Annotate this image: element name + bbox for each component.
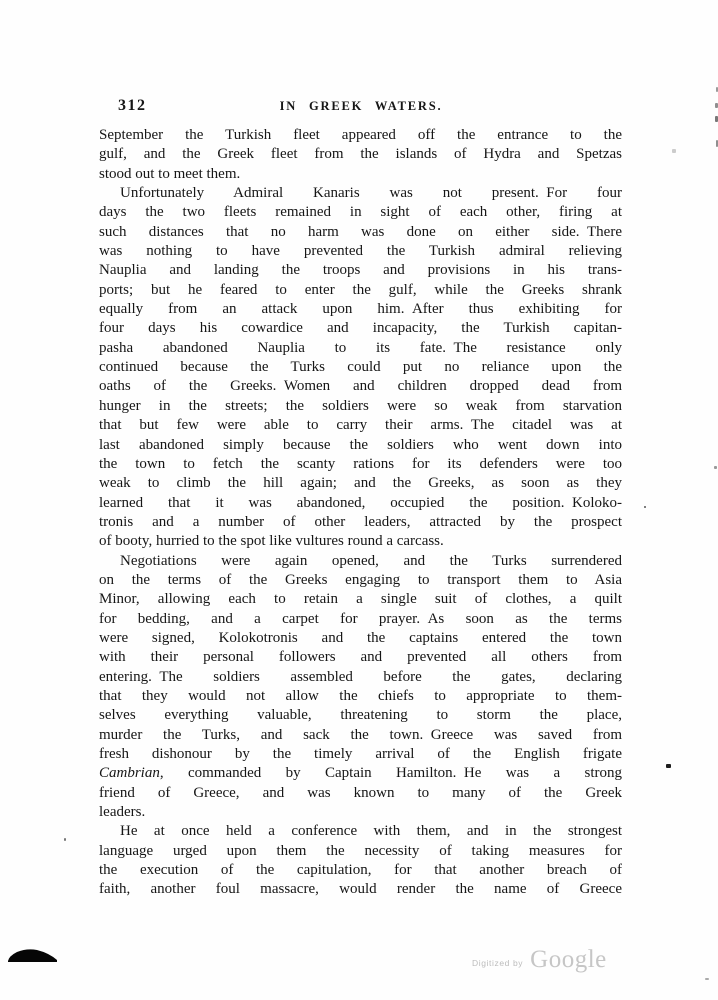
text-line: four days his cowardice and incapacity, … <box>99 319 622 338</box>
text-line: Negotiations were again opened, and the … <box>99 552 622 571</box>
scan-speck <box>644 506 646 508</box>
ship-name-italic: Cambrian <box>99 765 160 781</box>
text-line: tronis and a number of other leaders, at… <box>99 513 622 532</box>
text-line: last abandoned simply because the soldie… <box>99 436 622 455</box>
text-line: equally from an attack upon him. After t… <box>99 300 622 319</box>
paragraph: September the Turkish fleet appeared off… <box>99 126 622 184</box>
text-line: language urged upon them the necessity o… <box>99 842 622 861</box>
text-line: that they would not allow the chiefs to … <box>99 687 622 706</box>
text-line: pasha abandoned Nauplia to its fate. The… <box>99 339 622 358</box>
watermark-prefix: Digitized by <box>472 952 523 968</box>
paragraph: He at once held a conference with them, … <box>99 822 622 899</box>
text-line: entering. The soldiers assembled before … <box>99 668 622 687</box>
scan-speck <box>64 838 66 841</box>
text-line: fresh dishonour by the timely arrival of… <box>99 745 622 764</box>
text-line: were signed, Kolokotronis and the captai… <box>99 629 622 648</box>
text-line: learned that it was abandoned, occupied … <box>99 494 622 513</box>
google-logo: Google <box>530 946 607 974</box>
text-segment: , commanded by Captain Hamilton. He was … <box>160 765 622 781</box>
text-line: selves everything valuable, threatening … <box>99 706 622 725</box>
text-line: the execution of the capitulation, for t… <box>99 861 622 880</box>
text-line: faith, another foul massacre, would rend… <box>99 880 622 899</box>
text-line: Cambrian, commanded by Captain Hamilton.… <box>99 764 622 783</box>
text-line: Nauplia and landing the troops and provi… <box>99 261 622 280</box>
digitization-watermark: Digitized by Google <box>472 946 607 974</box>
text-line: Minor, allowing each to retain a single … <box>99 590 622 609</box>
scanned-book-page: 312 IN GREEK WATERS. September the Turki… <box>0 0 718 1000</box>
text-line: September the Turkish fleet appeared off… <box>99 126 622 145</box>
scan-speck <box>705 978 709 980</box>
page-body: September the Turkish fleet appeared off… <box>99 126 622 900</box>
text-line: the town to fetch the scanty rations for… <box>99 455 622 474</box>
text-line: weak to climb the hill again; and the Gr… <box>99 474 622 493</box>
text-line: stood out to meet them. <box>99 165 622 184</box>
text-line: friend of Greece, and was known to many … <box>99 784 622 803</box>
text-line: ports; but he feared to enter the gulf, … <box>99 281 622 300</box>
scan-speck <box>714 466 717 469</box>
text-line: such distances that no harm was done on … <box>99 223 622 242</box>
paragraph: Negotiations were again opened, and the … <box>99 552 622 823</box>
scan-speck <box>672 149 676 153</box>
paragraph: Unfortunately Admiral Kanaris was not pr… <box>99 184 622 552</box>
text-line: continued because the Turks could put no… <box>99 358 622 377</box>
text-line: on the terms of the Greeks engaging to t… <box>99 571 622 590</box>
text-line: He at once held a conference with them, … <box>99 822 622 841</box>
text-line: for bedding, and a carpet for prayer. As… <box>99 610 622 629</box>
scan-speck <box>666 764 671 768</box>
text-line: days the two fleets remained in sight of… <box>99 203 622 222</box>
text-line: Unfortunately Admiral Kanaris was not pr… <box>99 184 622 203</box>
text-line: gulf, and the Greek fleet from the islan… <box>99 145 622 164</box>
text-line: leaders. <box>99 803 622 822</box>
text-line: that but few were able to carry their ar… <box>99 416 622 435</box>
text-line: of booty, hurried to the spot like vultu… <box>99 532 622 551</box>
scan-smudge <box>7 947 59 964</box>
running-header: IN GREEK WATERS. <box>100 99 622 114</box>
text-line: was nothing to have prevented the Turkis… <box>99 242 622 261</box>
text-line: oaths of the Greeks. Women and children … <box>99 377 622 396</box>
text-line: murder the Turks, and sack the town. Gre… <box>99 726 622 745</box>
text-line: hunger in the streets; the soldiers were… <box>99 397 622 416</box>
text-line: with their personal followers and preven… <box>99 648 622 667</box>
